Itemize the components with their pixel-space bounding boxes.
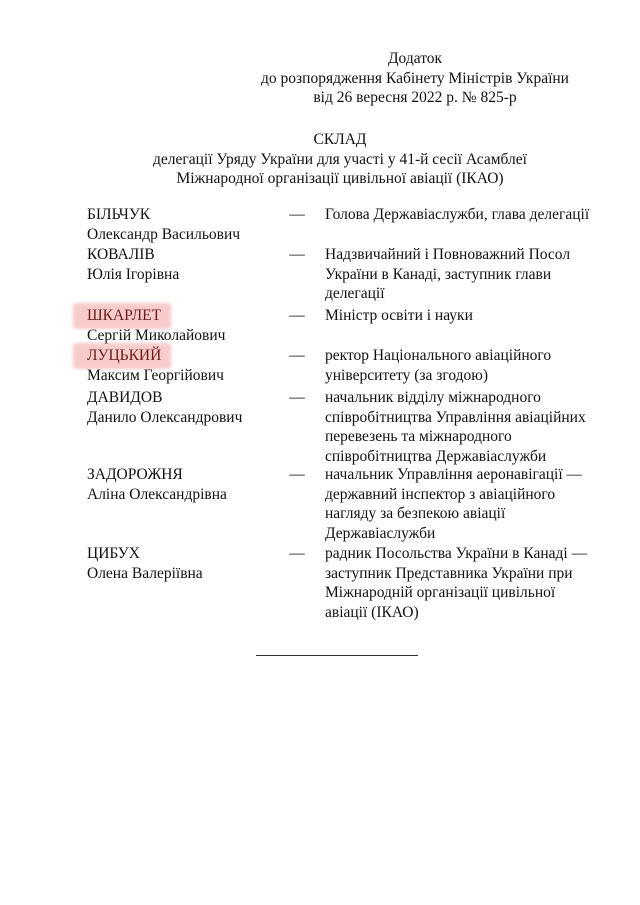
title-subtitle-line-1: делегації Уряду України для участі у 41-… xyxy=(100,150,580,170)
member-position: Надзвичайний і Повноважний Посол України… xyxy=(325,245,615,304)
member-given-names: Данило Олександрович xyxy=(87,408,277,428)
member-name: ДАВИДОВ Данило Олександрович xyxy=(87,388,277,427)
member-position: Голова Державіаслужби, глава делегації xyxy=(325,205,615,225)
dash-separator: — xyxy=(287,346,307,366)
member-surname: ДАВИДОВ xyxy=(87,388,162,408)
member-surname: ЗАДОРОЖНЯ xyxy=(87,465,183,485)
member-position: радник Посольства України в Канаді — зас… xyxy=(325,544,615,622)
member-surname-highlighted: ШКАРЛЕТ xyxy=(87,306,161,326)
member-name: ШКАРЛЕТ Сергій Миколайович xyxy=(87,306,277,345)
member-given-names: Олена Валеріївна xyxy=(87,564,277,584)
dash-separator: — xyxy=(287,388,307,408)
member-surname: БІЛЬЧУК xyxy=(87,205,150,225)
member-given-names: Олександр Васильович xyxy=(87,225,277,245)
member-name: ЦИБУХ Олена Валеріївна xyxy=(87,544,277,583)
member-name: КОВАЛІВ Юлія Ігорівна xyxy=(87,245,277,284)
annex-order-date-number: від 26 вересня 2022 р. № 825-р xyxy=(250,88,580,108)
dash-separator: — xyxy=(287,245,307,265)
title-heading: СКЛАД xyxy=(100,130,580,150)
member-name: БІЛЬЧУК Олександр Васильович xyxy=(87,205,277,244)
member-position: начальник відділу міжнародного співробіт… xyxy=(325,388,615,466)
annex-label: Додаток xyxy=(250,49,580,69)
member-surname: КОВАЛІВ xyxy=(87,245,155,265)
closing-rule-divider xyxy=(256,655,418,656)
title-subtitle-line-2: Міжнародної організації цивільної авіаці… xyxy=(100,169,580,189)
document-title: СКЛАД делегації Уряду України для участі… xyxy=(100,130,580,189)
member-position: начальник Управління аеронавігації — дер… xyxy=(325,465,615,543)
member-given-names: Юлія Ігорівна xyxy=(87,265,277,285)
member-surname: ЦИБУХ xyxy=(87,544,140,564)
dash-separator: — xyxy=(287,306,307,326)
member-position: Міністр освіти і науки xyxy=(325,306,615,326)
member-given-names: Аліна Олександрівна xyxy=(87,485,277,505)
annex-header: Додаток до розпорядження Кабінету Мініст… xyxy=(250,49,580,108)
dash-separator: — xyxy=(287,205,307,225)
dash-separator: — xyxy=(287,544,307,564)
dash-separator: — xyxy=(287,465,307,485)
member-name: ЗАДОРОЖНЯ Аліна Олександрівна xyxy=(87,465,277,504)
member-name: ЛУЦЬКИЙ Максим Георгійович xyxy=(87,346,277,385)
member-position: ректор Національного авіаційного універс… xyxy=(325,346,615,385)
member-surname-highlighted: ЛУЦЬКИЙ xyxy=(87,346,161,366)
annex-order-reference: до розпорядження Кабінету Міністрів Укра… xyxy=(250,69,580,89)
